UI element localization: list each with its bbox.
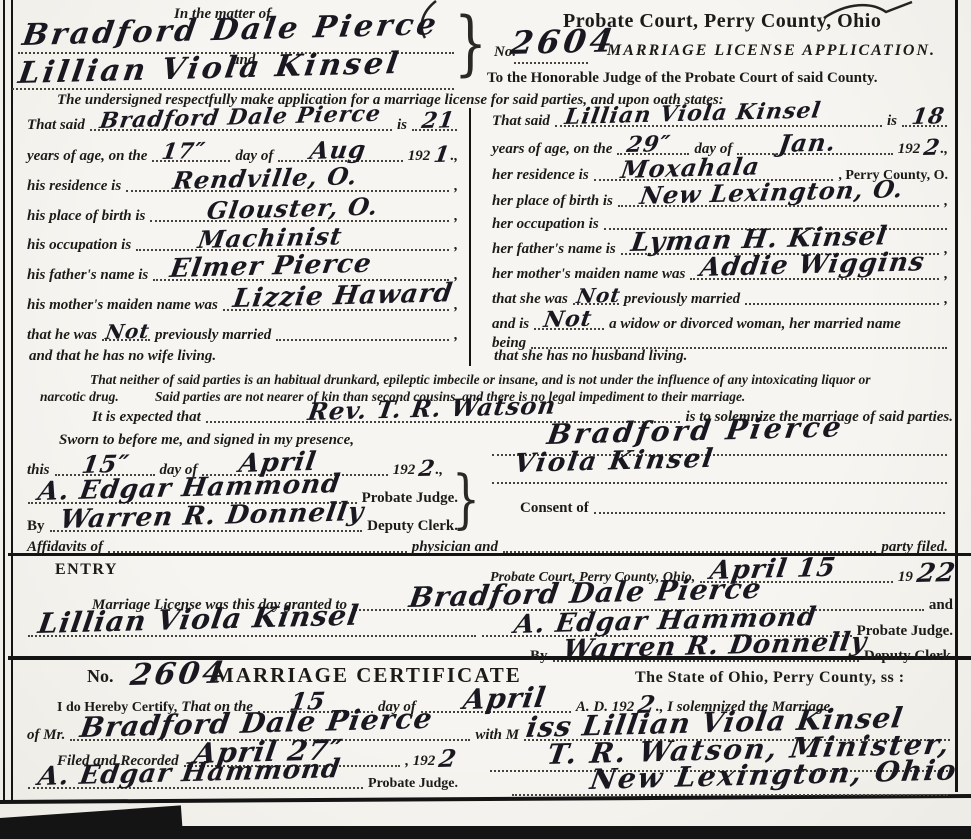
bride-widow-pre-label: and is xyxy=(490,316,531,333)
party2-dotted-line xyxy=(12,86,454,90)
comma: , xyxy=(942,193,950,210)
groom-birthplace-value: Glouster, O. xyxy=(205,192,380,225)
groom-prev-pre-label: that he was xyxy=(25,327,99,344)
bride-name-value: Lillian Viola Kinsel xyxy=(563,97,823,130)
party-filed-label: party filed. xyxy=(879,539,950,556)
bride-signature: Viola Kinsel xyxy=(512,444,717,479)
bride-name-row: That said Lillian Viola Kinsel is 18 xyxy=(490,108,950,130)
bride-no-husband-line: that she has no husband living. xyxy=(492,348,689,365)
bride-mother-line: Addie Wiggins xyxy=(690,268,939,280)
scanned-marriage-record: In the matter of Bradford Dale Pierce an… xyxy=(0,0,971,839)
bride-residence-label: her residence is xyxy=(490,167,591,184)
groom-birthplace-line: Glouster, O. xyxy=(150,210,449,222)
entry-deputy-line: Warren R. Donnelly xyxy=(553,650,859,662)
consent-row: Consent of xyxy=(518,497,948,517)
groom-residence-row: his residence is Rendville, O. , xyxy=(25,173,460,195)
comma: , xyxy=(452,178,460,195)
bride-age-line: 18 xyxy=(902,115,947,127)
bride-occupation-label: her occupation is xyxy=(490,216,601,233)
groom-prev-trailing-line xyxy=(276,329,449,341)
comma: , xyxy=(942,291,950,308)
comma: , xyxy=(452,327,460,344)
groom-prev-post-label: previously married xyxy=(153,327,273,344)
comma: , xyxy=(452,208,460,225)
bride-month-value: Jan. xyxy=(777,128,838,158)
sworn-deputy-row: By Warren R. Donnelly Deputy Clerk. xyxy=(25,511,460,535)
groom-residence-line: Rendville, O. xyxy=(126,180,449,192)
minister-place-line xyxy=(512,792,948,796)
comma: , xyxy=(452,297,460,314)
bride-mother-value: Addie Wiggins xyxy=(698,247,927,283)
comma: , xyxy=(942,266,950,283)
comma: , xyxy=(942,241,950,258)
right-border-line xyxy=(955,0,958,792)
entry-year-digits: 22 xyxy=(915,558,958,589)
entry-by-label: By xyxy=(528,648,550,665)
groom-month-line: Aug xyxy=(278,150,402,162)
groom-day-of-label: day of xyxy=(233,148,275,165)
bride-previously-married-row: that she was Not previously married , xyxy=(490,286,950,308)
groom-age-line: 21 xyxy=(412,119,457,131)
bride-prev-line: Not xyxy=(573,293,619,305)
groom-birthplace-row: his place of birth is Glouster, O. , xyxy=(25,203,460,225)
bride-widow-value: Not xyxy=(542,306,594,333)
entry-title: ENTRY xyxy=(55,561,118,579)
solemnize-minister-value: Rev. T. R. Watson xyxy=(306,391,558,426)
case-no-handwriting: 2604 xyxy=(508,21,619,62)
bride-widow-row: and is Not a widow or divorced woman, he… xyxy=(490,311,950,333)
groom-mother-line: Lizzie Haward xyxy=(223,299,449,311)
groom-no-wife-line: and that he has no wife living. xyxy=(27,348,218,365)
bride-prev-pre-label: that she was xyxy=(490,291,570,308)
groom-day-value: 17″ xyxy=(160,138,208,165)
bride-widow-post-label: a widow or divorced woman, her married n… xyxy=(607,316,903,333)
affidavits-line1 xyxy=(108,541,407,553)
certificate-state-line: The State of Ohio, Perry County, ss : xyxy=(635,669,905,687)
sworn-by-label: By xyxy=(25,518,47,535)
groom-age-pre-label: years of age, on the xyxy=(25,148,149,165)
groom-year-printed: 192 xyxy=(406,148,433,165)
entry-deputy-label: Deputy Clerk xyxy=(862,648,953,665)
bride-age-pre-label: years of age, on the xyxy=(490,141,614,158)
certificate-judge-line: A. Edgar Hammond xyxy=(28,777,363,789)
groom-day-line: 17″ xyxy=(152,150,230,162)
bride-that-said-label: That said xyxy=(490,113,552,130)
bride-prev-post-label: previously married xyxy=(622,291,742,308)
bride-prev-trailing-line xyxy=(745,293,939,305)
groom-father-label: his father's name is xyxy=(25,267,150,284)
groom-mother-value: Lizzie Haward xyxy=(231,278,455,314)
groom-name-line: Bradford Dale Pierce xyxy=(90,119,392,131)
sworn-year-printed: 192 xyxy=(391,462,418,479)
groom-occupation-label: his occupation is xyxy=(25,237,133,254)
with-m-label: with M xyxy=(473,727,521,744)
affidavits-label: Affidavits of xyxy=(25,539,105,556)
certificate-no-label: No. xyxy=(85,666,116,687)
groom-occupation-value: Machinist xyxy=(196,221,344,254)
groom-birthdate-row: years of age, on the 17″ day of Aug 192 … xyxy=(25,143,460,165)
groom-prev-line: Not xyxy=(102,329,150,341)
application-title: MARRIAGE LICENSE APPLICATION. xyxy=(607,42,936,60)
groom-mother-label: his mother's maiden name was xyxy=(25,297,220,314)
bride-name-line: Lillian Viola Kinsel xyxy=(555,115,882,127)
sworn-brace: } xyxy=(452,463,480,537)
judge-address-line: To the Honorable Judge of the Probate Co… xyxy=(487,70,877,87)
entry-grantee2-value: Lillian Viola Kinsel xyxy=(36,599,361,640)
column-divider-line xyxy=(469,108,471,366)
groom-mother-row: his mother's maiden name was Lizzie Hawa… xyxy=(25,292,460,314)
sworn-deputy-label: Deputy Clerk. xyxy=(365,518,460,535)
comma: , xyxy=(452,237,460,254)
clause-line1: That neither of said parties is an habit… xyxy=(90,372,870,388)
bride-mother-row: her mother's maiden name was Addie Wiggi… xyxy=(490,261,950,283)
clause-line2a: narcotic drug. xyxy=(40,389,119,405)
certificate-judge-label: Probate Judge. xyxy=(366,776,460,792)
groom-residence-label: his residence is xyxy=(25,178,123,195)
groom-is-label: is xyxy=(395,117,409,134)
sworn-deputy-line: Warren R. Donnelly xyxy=(50,520,363,532)
entry-and-label: and xyxy=(927,597,955,614)
consent-label: Consent of xyxy=(518,500,591,517)
groom-birthplace-label: his place of birth is xyxy=(25,208,147,225)
bride-birthplace-line: New Lexington, O. xyxy=(618,195,939,207)
bride-birthplace-label: her place of birth is xyxy=(490,193,615,210)
certificate-judge-row: A. Edgar Hammond Probate Judge. xyxy=(25,766,460,792)
bride-signature-line xyxy=(492,480,947,484)
groom-occupation-row: his occupation is Machinist , xyxy=(25,232,460,254)
groom-name-row: That said Bradford Dale Pierce is 21 xyxy=(25,112,460,134)
physician-label: physician and xyxy=(410,539,500,556)
entry-deputy-row: By Warren R. Donnelly Deputy Clerk xyxy=(528,639,953,665)
bride-birthplace-value: New Lexington, O. xyxy=(638,174,906,210)
groom-prev-value: Not xyxy=(104,319,152,344)
groom-age-value: 21 xyxy=(420,107,457,134)
entry-year-printed: 19 xyxy=(896,569,915,586)
bride-father-label: her father's name is xyxy=(490,241,618,258)
bride-widow-line: Not xyxy=(534,318,604,330)
consent-line xyxy=(594,502,945,514)
bride-year-printed: 192 xyxy=(896,141,923,158)
left-border-line-inner xyxy=(11,0,13,802)
entry-judge-label: Probate Judge. xyxy=(855,623,955,640)
bride-is-label: is xyxy=(885,113,899,130)
entry-grantee2-line: Lillian Viola Kinsel xyxy=(28,625,476,637)
sworn-judge-label: Probate Judge. xyxy=(360,490,460,507)
groom-father-value: Elmer Pierce xyxy=(168,249,374,284)
affidavits-line2 xyxy=(503,541,876,553)
bride-mother-label: her mother's maiden name was xyxy=(490,266,687,283)
left-border-line-outer xyxy=(3,0,5,802)
groom-that-said-label: That said xyxy=(25,117,87,134)
groom-occupation-line: Machinist xyxy=(136,239,449,251)
solemnize-pre-label: It is expected that xyxy=(90,409,203,426)
matter-brace: } xyxy=(454,4,487,85)
groom-previously-married-row: that he was Not previously married , xyxy=(25,322,460,344)
groom-residence-value: Rendville, O. xyxy=(171,161,360,195)
bride-birthplace-row: her place of birth is New Lexington, O. … xyxy=(490,188,950,210)
bride-prev-value: Not xyxy=(575,283,623,308)
bride-age-value: 18 xyxy=(910,103,947,130)
